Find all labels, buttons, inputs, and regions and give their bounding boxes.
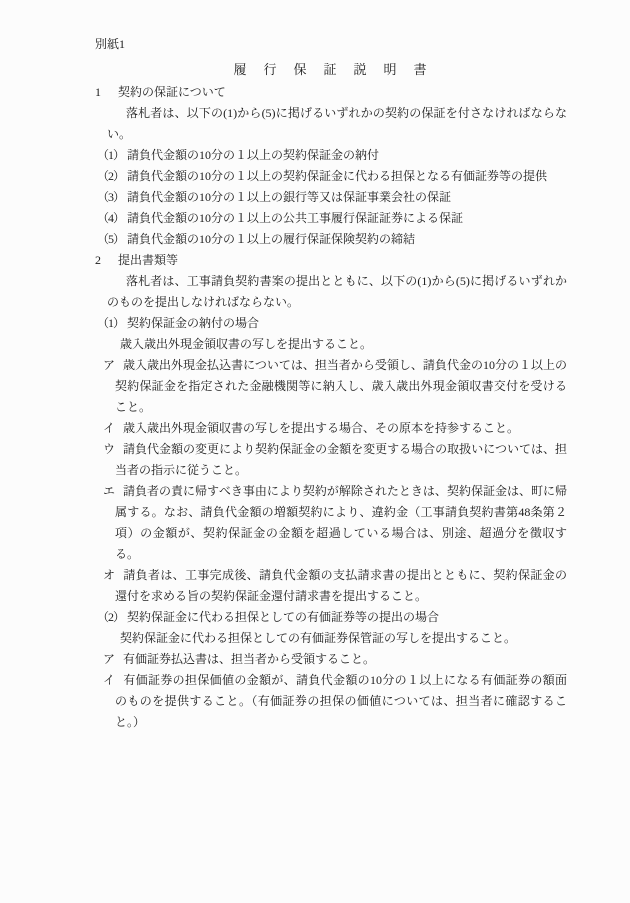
- sub-item-label: ウ: [103, 442, 115, 456]
- sub-item-label: エ: [103, 484, 115, 498]
- list-item-text: 契約保証金の納付の場合: [127, 316, 259, 330]
- sub-item: オ請負者は、工事完成後、請負代金額の支払請求書の提出とともに、契約保証金の還付を…: [103, 565, 567, 607]
- document-page: 別紙1 履 行 保 証 説 明 書 1契約の保証について 落札者は、以下の(1)…: [0, 0, 630, 903]
- list-item-label: （1）: [97, 148, 124, 162]
- list-item-text: 請負代金額の10分の１以上の履行保証保険契約の締結: [127, 232, 415, 246]
- sub-item: ア歳入歳出外現金払込書については、担当者から受領し、請負代金の10分の１以上の契…: [103, 355, 567, 418]
- list-item: （3）請負代金額の10分の１以上の銀行等又は保証事業会社の保証: [97, 187, 567, 208]
- sub-item-label: オ: [103, 568, 115, 582]
- item-1-block: （1）契約保証金の納付の場合 歳入歳出外現金領収書の写しを提出すること。 ア歳入…: [95, 313, 567, 607]
- section-2-heading-text: 提出書類等: [118, 253, 178, 267]
- sub-item-label: ア: [103, 358, 115, 372]
- section-1-heading-text: 契約の保証について: [118, 85, 226, 99]
- sub-item-text: 請負代金額の変更により契約保証金の金額を変更する場合の取扱いについては、担当者の…: [115, 442, 567, 477]
- sub-item-label: ア: [103, 652, 115, 666]
- list-item: （5）請負代金額の10分の１以上の履行保証保険契約の締結: [97, 229, 567, 250]
- sub-item: イ歳入歳出外現金領収書の写しを提出する場合、その原本を持参すること。: [103, 418, 567, 439]
- sub-item: ウ請負代金額の変更により契約保証金の金額を変更する場合の取扱いについては、担当者…: [103, 439, 567, 481]
- item-1-note: 歳入歳出外現金領収書の写しを提出すること。: [120, 334, 567, 355]
- list-item: （1）請負代金額の10分の１以上の契約保証金の納付: [97, 145, 567, 166]
- sub-item-text: 有価証券払込書は、担当者から受領すること。: [123, 652, 375, 666]
- section-2-heading: 2提出書類等: [95, 250, 567, 271]
- list-item-label: （2）: [97, 169, 124, 183]
- section-2-number: 2: [95, 250, 118, 271]
- list-item-text: 請負代金額の10分の１以上の銀行等又は保証事業会社の保証: [127, 190, 451, 204]
- list-item-label: （4）: [97, 211, 124, 225]
- list-item-label: （2）: [97, 610, 124, 624]
- list-item-text: 請負代金額の10分の１以上の契約保証金の納付: [127, 148, 379, 162]
- list-item-text: 契約保証金に代わる担保としての有価証券等の提出の場合: [127, 610, 439, 624]
- list-item-text: 請負代金額の10分の１以上の契約保証金に代わる担保となる有価証券等の提供: [127, 169, 547, 183]
- sub-item-text: 請負者の責に帰すべき事由により契約が解除されたときは、契約保証金は、町に帰属する…: [115, 484, 567, 561]
- sub-item-text: 歳入歳出外現金払込書については、担当者から受領し、請負代金の10分の１以上の契約…: [115, 358, 567, 414]
- sub-item-text: 請負者は、工事完成後、請負代金額の支払請求書の提出とともに、契約保証金の還付を求…: [115, 568, 567, 603]
- attachment-label: 別紙1: [95, 34, 567, 55]
- section-1: 1契約の保証について 落札者は、以下の(1)から(5)に掲げるいずれかの契約の保…: [95, 82, 567, 250]
- list-item: （2）契約保証金に代わる担保としての有価証券等の提出の場合: [97, 607, 567, 628]
- sub-item-text: 歳入歳出外現金領収書の写しを提出する場合、その原本を持参すること。: [123, 421, 519, 435]
- section-1-heading: 1契約の保証について: [95, 82, 567, 103]
- sub-item-text: 有価証券の担保価値の金額が、請負代金額の10分の１以上になる有価証券の額面のもの…: [115, 673, 567, 729]
- sub-item-label: イ: [103, 421, 115, 435]
- list-item-label: （5）: [97, 232, 124, 246]
- sub-item: イ有価証券の担保価値の金額が、請負代金額の10分の１以上になる有価証券の額面のも…: [103, 670, 567, 733]
- section-2: 2提出書類等 落札者は、工事請負契約書案の提出とともに、以下の(1)から(5)に…: [95, 250, 567, 733]
- list-item: （1）契約保証金の納付の場合: [97, 313, 567, 334]
- document-title: 履 行 保 証 説 明 書: [95, 59, 567, 80]
- sub-item: ア有価証券払込書は、担当者から受領すること。: [103, 649, 567, 670]
- section-1-intro: 落札者は、以下の(1)から(5)に掲げるいずれかの契約の保証を付さなければならな…: [107, 103, 567, 145]
- item-2-block: （2）契約保証金に代わる担保としての有価証券等の提出の場合 契約保証金に代わる担…: [95, 607, 567, 733]
- sub-item-label: イ: [103, 673, 115, 687]
- list-item: （2）請負代金額の10分の１以上の契約保証金に代わる担保となる有価証券等の提供: [97, 166, 567, 187]
- item-2-note: 契約保証金に代わる担保としての有価証券保管証の写しを提出すること。: [120, 628, 567, 649]
- list-item-label: （3）: [97, 190, 124, 204]
- list-item-text: 請負代金額の10分の１以上の公共工事履行保証証券による保証: [127, 211, 463, 225]
- section-2-intro: 落札者は、工事請負契約書案の提出とともに、以下の(1)から(5)に掲げるいずれか…: [107, 271, 567, 313]
- list-item: （4）請負代金額の10分の１以上の公共工事履行保証証券による保証: [97, 208, 567, 229]
- sub-item: エ請負者の責に帰すべき事由により契約が解除されたときは、契約保証金は、町に帰属す…: [103, 481, 567, 565]
- list-item-label: （1）: [97, 316, 124, 330]
- section-1-number: 1: [95, 82, 118, 103]
